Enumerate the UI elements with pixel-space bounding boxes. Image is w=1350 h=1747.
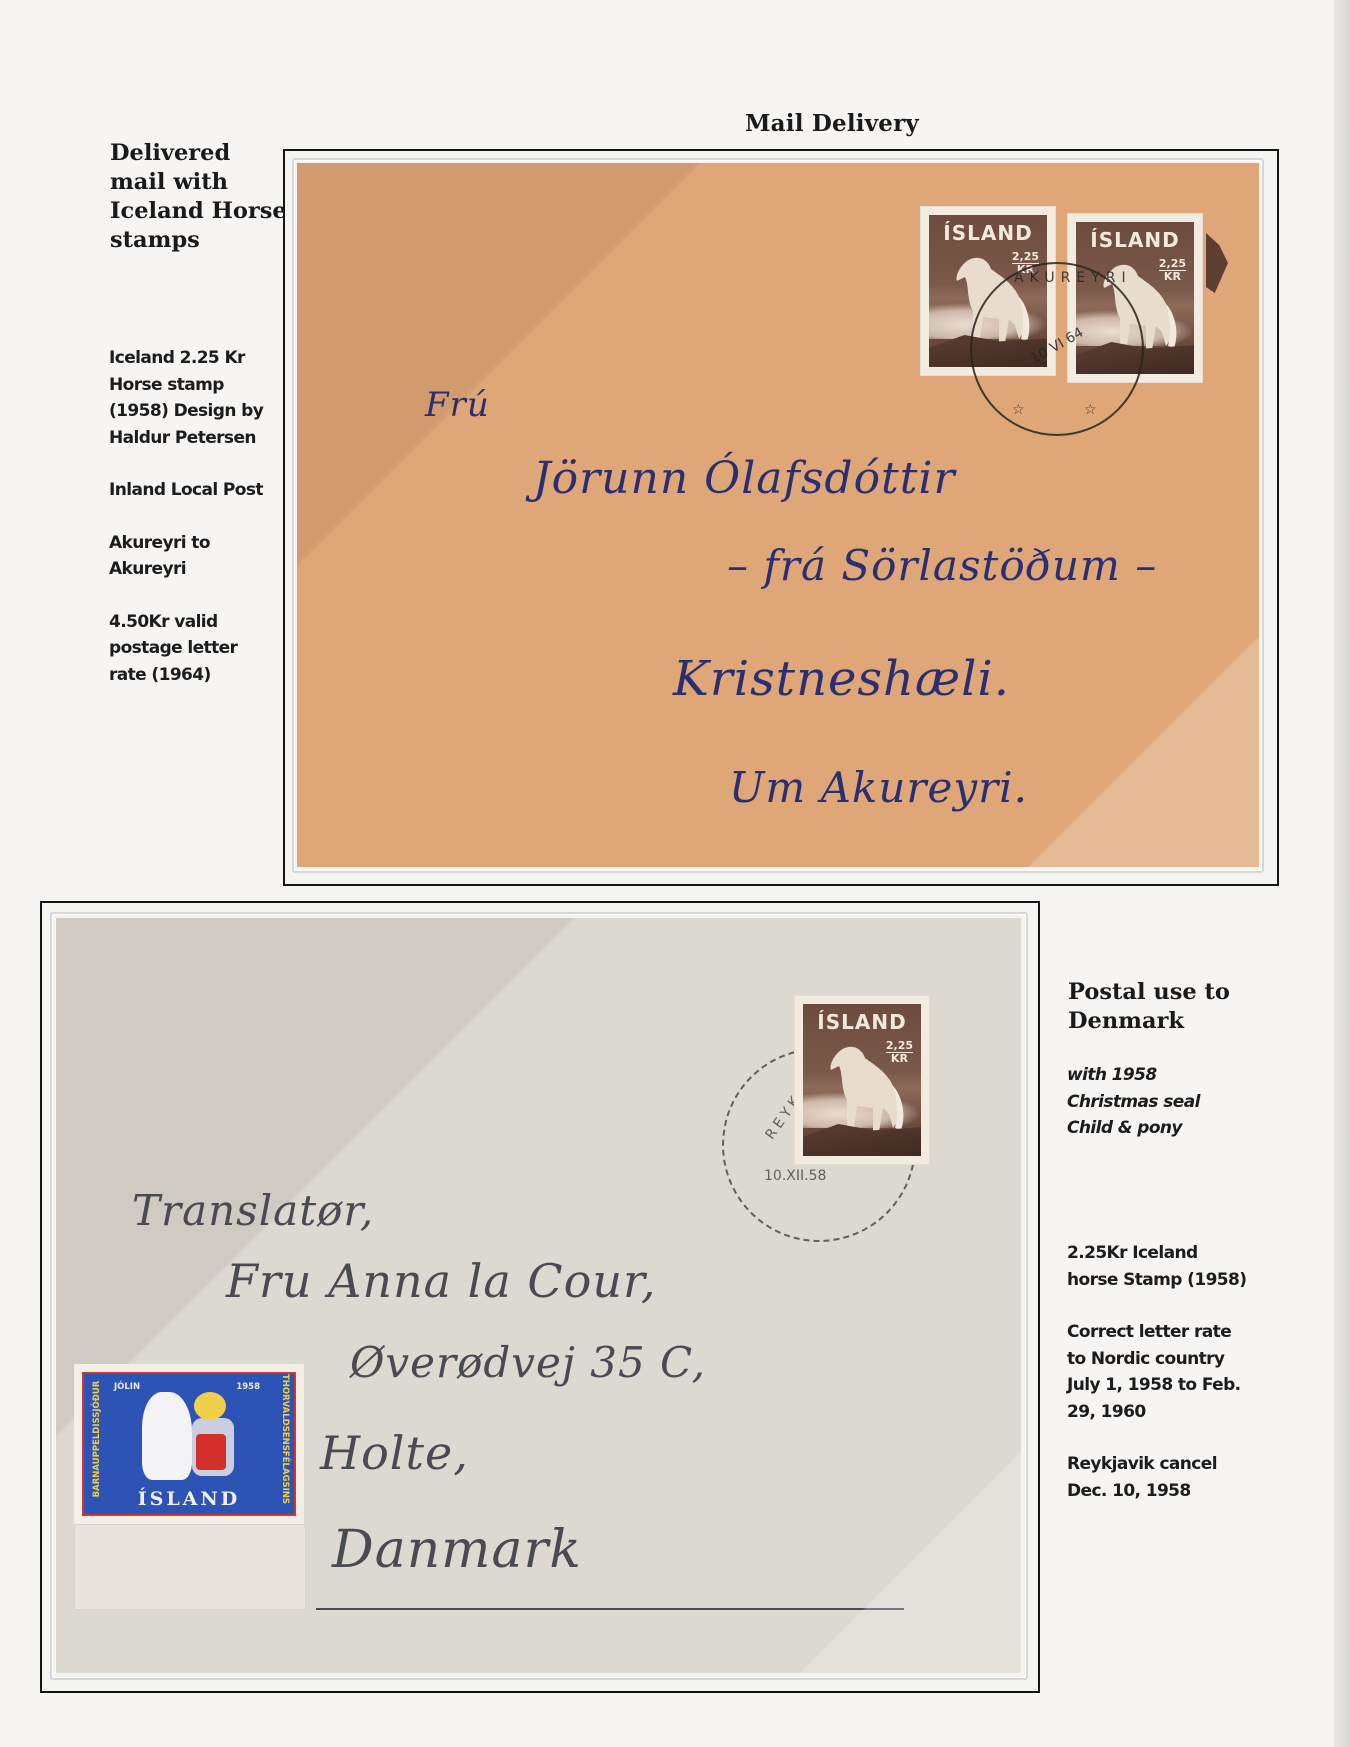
postmark-date: 10 VI 64: [1028, 325, 1086, 368]
stamp-country: ÍSLAND: [1076, 228, 1194, 252]
horse-stamp: ÍSLAND 2,25KR: [795, 996, 929, 1164]
left-heading: Delivered mail with Iceland Horse stamps: [110, 139, 290, 255]
right-notes: 2.25Kr Iceland horse Stamp (1958) Correc…: [1067, 1240, 1247, 1530]
star-icon: ☆: [1084, 402, 1097, 418]
seal-country: ÍSLAND: [84, 1488, 294, 1510]
address-line: Frú: [425, 385, 490, 425]
right-heading: Postal use to Denmark: [1068, 978, 1248, 1036]
note-service: Inland Local Post: [109, 477, 279, 504]
note-rate: Correct letter rate to Nordic country Ju…: [1067, 1319, 1247, 1425]
note-stamp-info: Iceland 2.25 Kr Horse stamp (1958) Desig…: [109, 345, 279, 451]
address-line: Kristneshæli.: [673, 651, 1010, 707]
left-notes: Iceland 2.25 Kr Horse stamp (1958) Desig…: [109, 345, 279, 714]
stamp-country: ÍSLAND: [929, 221, 1047, 245]
address-line: Um Akureyri.: [729, 763, 1028, 812]
page-edge: [1334, 0, 1350, 1747]
address-underline: [316, 1608, 904, 1610]
postmark-date: 10.XII.58: [764, 1168, 826, 1184]
pony-icon: [142, 1392, 192, 1480]
address-line: Holte,: [320, 1426, 469, 1480]
note-route: Akureyri to Akureyri: [109, 530, 279, 583]
postmark-text: AKUREYRI: [1014, 270, 1132, 286]
child-head: [194, 1392, 226, 1420]
seal-margin-tab: [74, 1524, 306, 1610]
note-cancel: Reykjavik cancel Dec. 10, 1958: [1067, 1451, 1247, 1504]
address-line: Øverødvej 35 C,: [350, 1338, 706, 1387]
child-apron: [196, 1434, 226, 1470]
postmark-akureyri: AKUREYRI 10 VI 64 ☆ ☆: [970, 262, 1144, 436]
seal-year: 1958: [236, 1382, 260, 1392]
star-icon: ☆: [1012, 402, 1025, 418]
christmas-seal: JÓLIN 1958 BARNAUPPELDISSJÓÐUR THORVALDS…: [74, 1364, 304, 1524]
address-line: Jörunn Ólafsdóttir: [533, 453, 956, 504]
note-stamp-info: 2.25Kr Iceland horse Stamp (1958): [1067, 1240, 1247, 1293]
address-line: Fru Anna la Cour,: [226, 1254, 657, 1308]
seal-vertical-left: BARNAUPPELDISSJÓÐUR: [92, 1374, 102, 1504]
page-title: Mail Delivery: [745, 110, 919, 137]
right-italic-note: with 1958 Christmas seal Child & pony: [1067, 1062, 1237, 1142]
stamp-country: ÍSLAND: [803, 1010, 921, 1034]
address-line: Translatør,: [132, 1186, 374, 1235]
note-rate: 4.50Kr valid postage letter rate (1964): [109, 609, 279, 689]
seal-label: JÓLIN: [114, 1382, 140, 1392]
seal-vertical-right: THORVALDSENSFÉLAGSINS: [280, 1374, 290, 1504]
address-line: – frá Sörlastöðum –: [727, 541, 1157, 590]
address-line: Danmark: [332, 1520, 582, 1580]
